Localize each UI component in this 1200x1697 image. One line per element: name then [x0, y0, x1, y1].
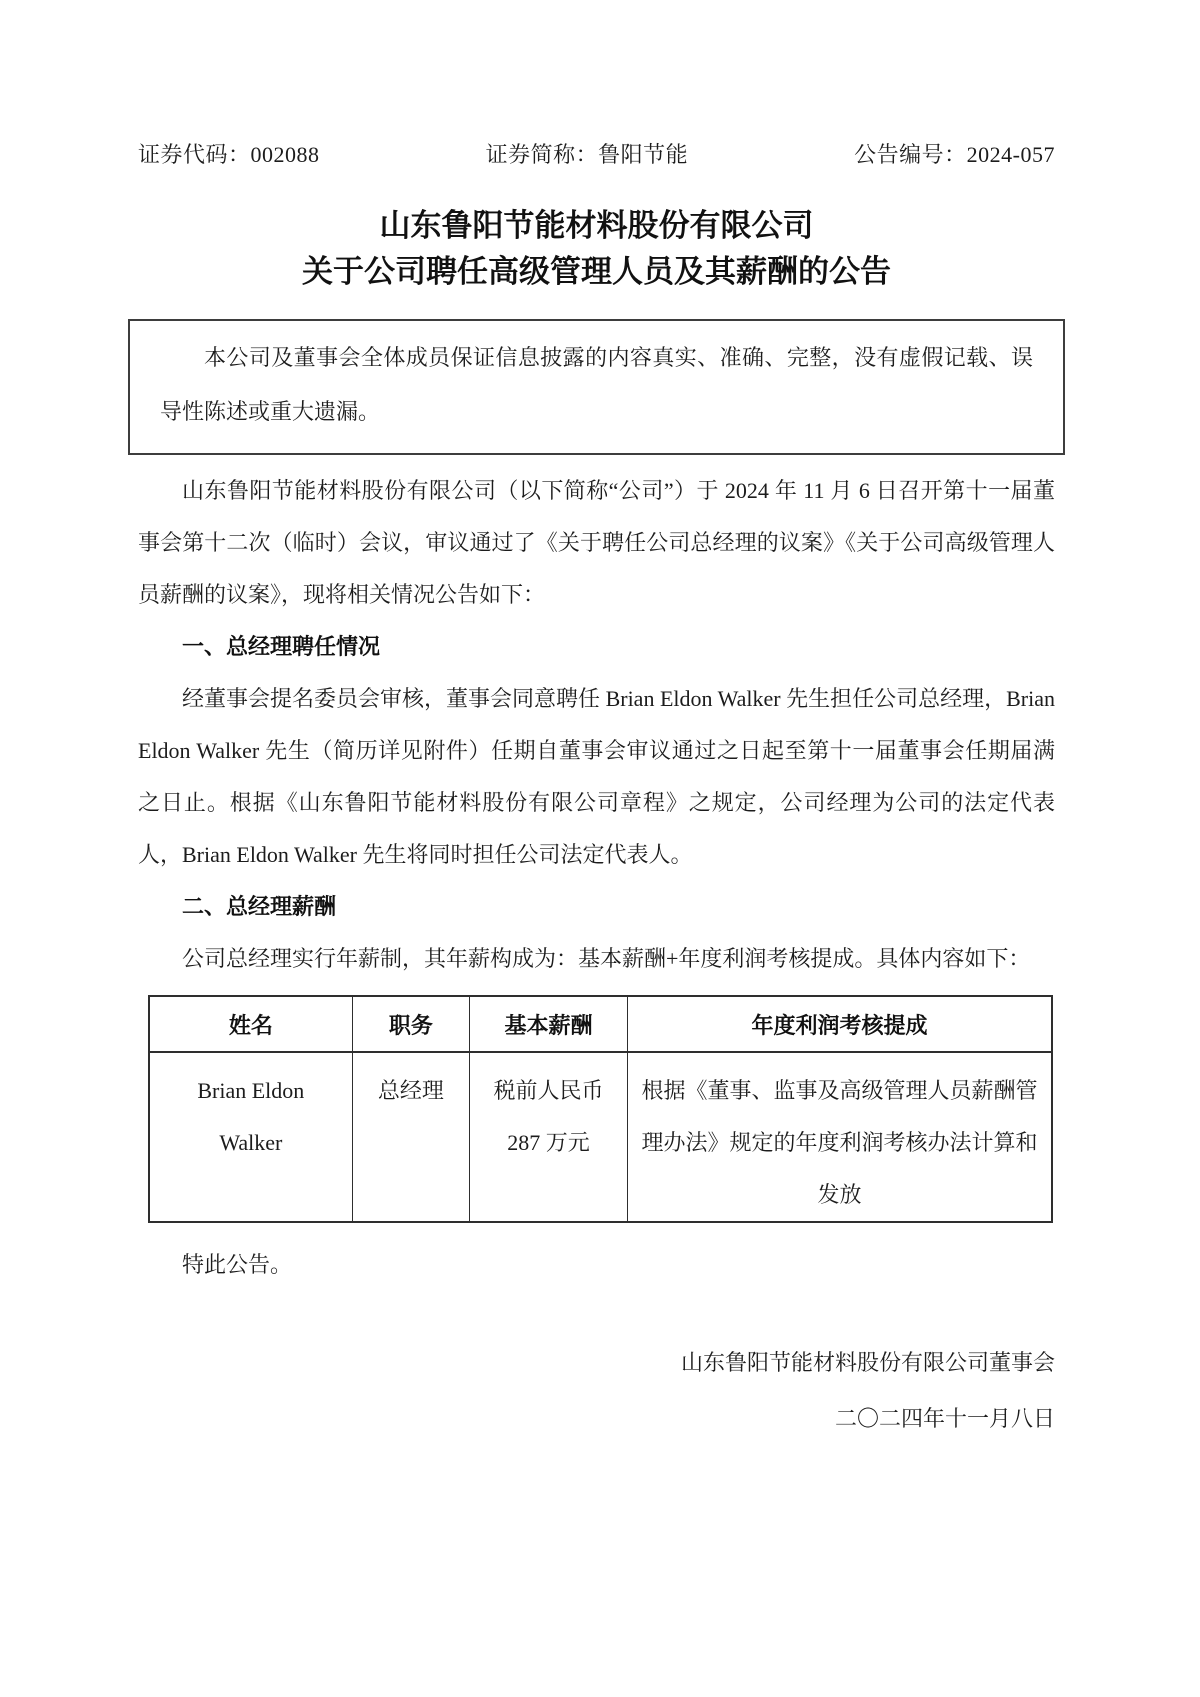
- section-1-heading: 一、总经理聘任情况: [138, 621, 1055, 673]
- signature-date: 二〇二四年十一月八日: [138, 1391, 1055, 1447]
- table-header-name: 姓名: [149, 996, 352, 1052]
- cell-salary-line1: 税前人民币: [482, 1065, 615, 1117]
- cell-name-line2: Walker: [162, 1117, 340, 1169]
- stock-code: 证券代码：002088: [138, 138, 320, 169]
- table-row: Brian Eldon Walker 总经理 税前人民币 287 万元 根据《董…: [149, 1052, 1052, 1222]
- cell-salary-line2: 287 万元: [482, 1117, 615, 1169]
- salary-table: 姓名 职务 基本薪酬 年度利润考核提成 Brian Eldon Walker 总…: [148, 995, 1053, 1223]
- signature-company: 山东鲁阳节能材料股份有限公司董事会: [138, 1335, 1055, 1391]
- cell-base-salary: 税前人民币 287 万元: [470, 1052, 628, 1222]
- table-header-profit-bonus: 年度利润考核提成: [628, 996, 1052, 1052]
- stock-abbr: 证券简称：鲁阳节能: [486, 138, 689, 169]
- title-company-name: 山东鲁阳节能材料股份有限公司: [138, 203, 1055, 249]
- table-header-row: 姓名 职务 基本薪酬 年度利润考核提成: [149, 996, 1052, 1052]
- title-subject: 关于公司聘任高级管理人员及其薪酬的公告: [138, 249, 1055, 295]
- document-header: 证券代码：002088 证券简称：鲁阳节能 公告编号：2024-057: [138, 138, 1055, 169]
- cell-position: 总经理: [352, 1052, 469, 1222]
- section-2-heading: 二、总经理薪酬: [138, 881, 1055, 933]
- disclaimer-text: 本公司及董事会全体成员保证信息披露的内容真实、准确、完整，没有虚假记载、误导性陈…: [160, 345, 1033, 424]
- table-header-base-salary: 基本薪酬: [470, 996, 628, 1052]
- announcement-document: { "header": { "stock_code": "证券代码：002088…: [0, 0, 1200, 1697]
- cell-name-line1: Brian Eldon: [162, 1065, 340, 1117]
- document-title: 山东鲁阳节能材料股份有限公司 关于公司聘任高级管理人员及其薪酬的公告: [138, 203, 1055, 295]
- disclaimer-box: 本公司及董事会全体成员保证信息披露的内容真实、准确、完整，没有虚假记载、误导性陈…: [128, 319, 1065, 455]
- intro-paragraph: 山东鲁阳节能材料股份有限公司（以下简称“公司”）于 2024 年 11 月 6 …: [138, 465, 1055, 621]
- cell-name: Brian Eldon Walker: [149, 1052, 352, 1222]
- cell-profit-bonus: 根据《董事、监事及高级管理人员薪酬管理办法》规定的年度利润考核办法计算和发放: [628, 1052, 1052, 1222]
- closing-statement: 特此公告。: [138, 1239, 1055, 1291]
- section-2-paragraph: 公司总经理实行年薪制，其年薪构成为：基本薪酬+年度利润考核提成。具体内容如下：: [138, 933, 1055, 985]
- announcement-number: 公告编号：2024-057: [854, 138, 1055, 169]
- signature-block: 山东鲁阳节能材料股份有限公司董事会 二〇二四年十一月八日: [138, 1335, 1055, 1447]
- section-1-paragraph: 经董事会提名委员会审核，董事会同意聘任 Brian Eldon Walker 先…: [138, 673, 1055, 881]
- table-header-position: 职务: [352, 996, 469, 1052]
